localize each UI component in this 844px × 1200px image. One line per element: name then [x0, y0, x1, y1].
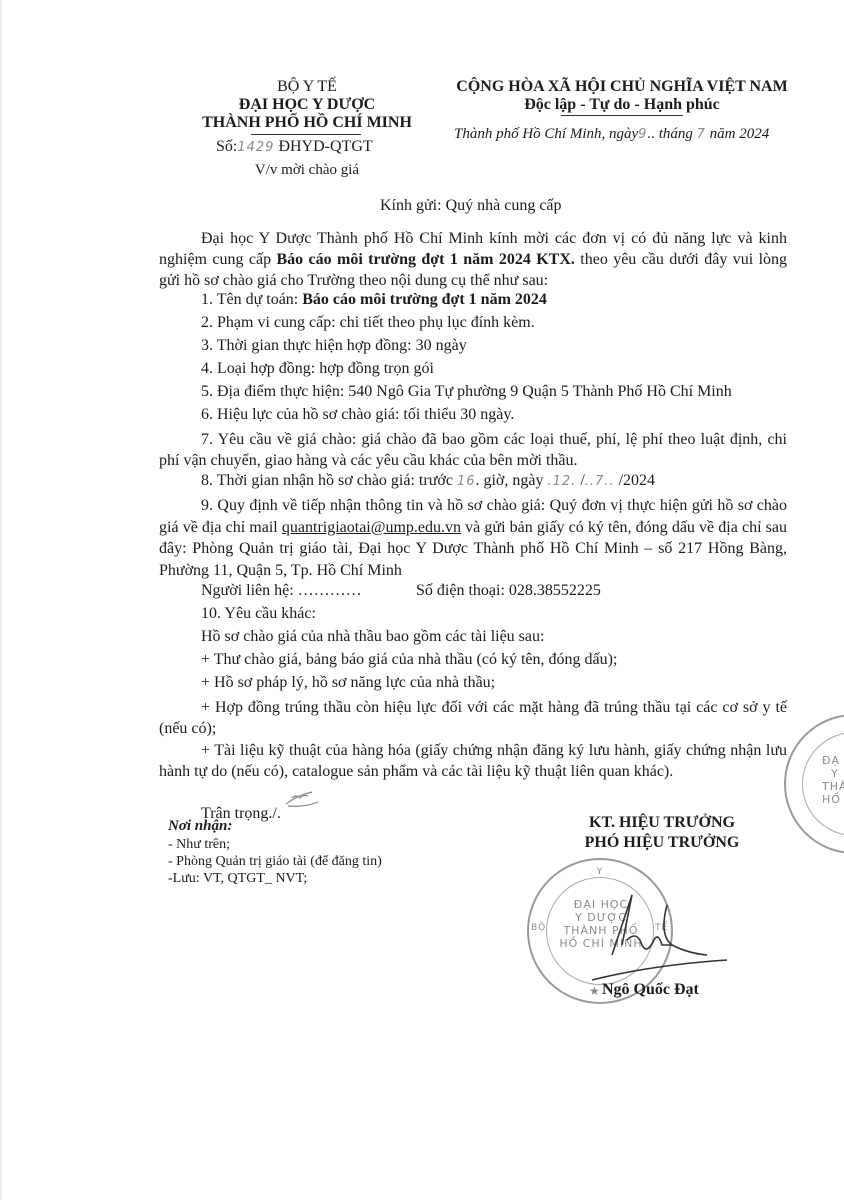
item-6: 6. Hiệu lực của hồ sơ chào giá: tối thiể… — [201, 406, 514, 424]
item-4: 4. Loại hợp đồng: hợp đồng trọn gói — [201, 360, 434, 378]
doc-item-2: + Hồ sơ pháp lý, hồ sơ năng lực của nhà … — [201, 674, 495, 692]
recipients-title: Nơi nhận: — [168, 818, 232, 835]
contact-phone: Số điện thoại: 028.38552225 — [416, 582, 601, 600]
signature-icon — [582, 885, 732, 985]
item-2: 2. Phạm vi cung cấp: chi tiết theo phụ l… — [201, 314, 535, 332]
seal-left-text: BỘ — [531, 922, 546, 935]
item-8-hour-handwritten: 16 — [457, 474, 476, 489]
item-8-month-handwritten: ..7.. — [585, 474, 615, 489]
partial-seal: ĐẠ YTHÀHỐ C — [784, 714, 844, 854]
university-name-line1: ĐẠI HỌC Y DƯỢC — [182, 96, 432, 114]
national-motto: Độc lập - Tự do - Hạnh phúc — [422, 96, 822, 114]
item-8: 8. Thời gian nhận hồ sơ chào giá: trước … — [201, 472, 655, 490]
item-8-day-handwritten: .12. — [548, 474, 577, 489]
recipients-line-3: -Lưu: VT, QTGT_ NVT; — [168, 871, 307, 887]
signer-name: Ngô Quốc Đạt — [602, 981, 699, 999]
document-page: BỘ Y TẾ ĐẠI HỌC Y DƯỢC THÀNH PHỐ HỒ CHÍ … — [0, 0, 844, 1200]
contact-email-link[interactable]: quantrigiaotai@ump.edu.vn — [282, 519, 461, 536]
signature-position: PHÓ HIỆU TRƯỞNG — [542, 834, 782, 852]
item-1-value: Báo cáo môi trường đợt 1 năm 2024 — [302, 291, 547, 308]
ministry-name: BỘ Y TẾ — [182, 78, 432, 96]
date-month-handwritten: 7 — [697, 127, 706, 142]
motto-underline — [561, 115, 683, 116]
initial-signature-icon — [282, 788, 322, 810]
item-8-label: 8. Thời gian nhận hồ sơ chào giá: trước — [201, 472, 457, 489]
recipients-line-2: - Phòng Quản trị giáo tài (để đăng tin) — [168, 854, 382, 870]
signature-on-behalf: KT. HIỆU TRƯỞNG — [542, 814, 782, 832]
header-left-underline — [251, 134, 361, 135]
partial-seal-text: ĐẠ YTHÀHỐ C — [822, 754, 844, 806]
recipient-line: Kính gửi: Quý nhà cung cấp — [380, 197, 562, 215]
date-year: năm 2024 — [710, 126, 770, 142]
item-3: 3. Thời gian thực hiện hợp đồng: 30 ngày — [201, 337, 467, 355]
country-name: CỘNG HÒA XÃ HỘI CHỦ NGHĨA VIỆT NAM — [422, 78, 822, 96]
seal-star-icon: ★ — [589, 984, 600, 999]
docs-intro: Hồ sơ chào giá của nhà thầu bao gồm các … — [201, 628, 544, 646]
contact-person: Người liên hệ: ………… — [201, 582, 362, 600]
date-month-label: .. tháng — [647, 126, 692, 142]
intro-project-title: Báo cáo môi trường đợt 1 năm 2024 KTX. — [276, 251, 574, 268]
university-name-line2: THÀNH PHỐ HỒ CHÍ MINH — [182, 114, 432, 132]
seal-top-text: Y — [529, 866, 671, 879]
date-prefix: Thành phố Hồ Chí Minh, ngày — [454, 126, 638, 142]
doc-number-label: Số: — [216, 138, 237, 155]
item-1-label: 1. Tên dự toán: — [201, 291, 302, 308]
doc-number-handwritten: 1429 — [237, 140, 274, 155]
intro-paragraph: Đại học Y Dược Thành phố Hồ Chí Minh kín… — [159, 228, 787, 291]
item-7: 7. Yêu cầu về giá chào: giá chào đã bao … — [159, 429, 787, 471]
doc-item-4: + Tài liệu kỹ thuật của hàng hóa (giấy c… — [159, 740, 787, 782]
doc-number-suffix: ĐHYD-QTGT — [278, 138, 372, 155]
item-1: 1. Tên dự toán: Báo cáo môi trường đợt 1… — [201, 291, 547, 309]
item-8-mid: . giờ, ngày — [475, 472, 547, 489]
item-8-sep: / — [576, 472, 584, 489]
doc-item-3: + Hợp đồng trúng thầu còn hiệu lực đối v… — [159, 697, 787, 739]
item-8-year: /2024 — [615, 472, 655, 489]
document-subject: V/v mời chào giá — [182, 162, 432, 179]
document-date: Thành phố Hồ Chí Minh, ngày9.. tháng 7 n… — [454, 126, 769, 143]
document-number: Số:1429 ĐHYD-QTGT — [216, 138, 373, 156]
item-9: 9. Quy định về tiếp nhận thông tin và hồ… — [159, 495, 787, 581]
recipients-line-1: - Như trên; — [168, 837, 230, 853]
item-10: 10. Yêu cầu khác: — [201, 605, 316, 623]
item-5: 5. Địa điểm thực hiện: 540 Ngô Gia Tự ph… — [201, 383, 732, 401]
doc-item-1: + Thư chào giá, bảng báo giá của nhà thầ… — [201, 651, 617, 669]
